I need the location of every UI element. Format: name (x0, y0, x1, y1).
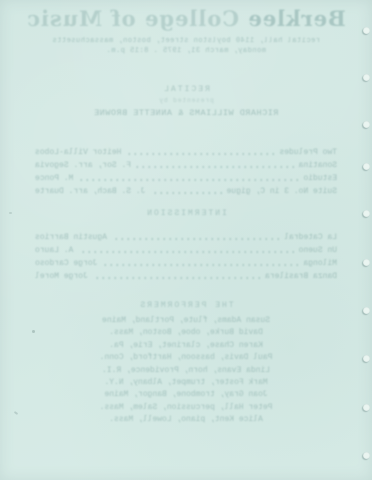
piece-title: La Catedral (284, 233, 337, 242)
punch-hole (363, 210, 370, 217)
dotted-leader (78, 251, 293, 253)
composer-name: F. Sor, arr. Segovia (35, 161, 131, 170)
performers-names-line: RICHARD WILLIAMS & ANNETTE BROWNE (0, 108, 372, 118)
piece-title: Sonatina (299, 161, 337, 170)
performer-list: Susan Adams, flute, Portland, Maine Davi… (0, 315, 372, 427)
composer-name: Agustin Barrios (35, 233, 107, 242)
paper-speck (32, 330, 35, 333)
performers-heading: THE PERFORMERS (0, 301, 372, 310)
punch-hole (363, 404, 370, 411)
date-line: monday, march 31, 1975 . 8:15 p.m. (0, 47, 372, 55)
performer-line: Linda Evans, horn, Providence, R.I. (0, 365, 372, 377)
dotted-leader (112, 238, 279, 240)
piece-title: Estudio (303, 174, 337, 183)
punch-hole (363, 163, 370, 170)
ink-bleed-through-layer: Berklee College of Music recital hall, 1… (0, 0, 372, 480)
dotted-leader (78, 179, 298, 181)
program-row: Sonatina F. Sor, arr. Segovia (35, 157, 337, 170)
punch-hole (363, 259, 370, 266)
venue-line: recital hall, 1140 boylston street, bost… (0, 37, 372, 45)
composer-name: Jorge Cardoso (35, 259, 97, 268)
recital-heading: RECITAL (0, 85, 372, 94)
dotted-leader (93, 277, 260, 279)
punch-hole (363, 355, 370, 362)
piece-title: Danza Brasilera (265, 272, 337, 281)
scanned-page: Berklee College of Music recital hall, 1… (0, 0, 372, 480)
program-row: Two Preludes Heitor Villa-Lobos (35, 144, 337, 157)
performer-line: Paul Davis, bassoon, Hartford, Conn. (0, 352, 372, 364)
performer-line: Mark Foster, trumpet, Albany, N.Y. (0, 377, 372, 389)
composer-name: Heitor Villa-Lobos (35, 148, 121, 157)
berklee-logo-mirrored: Berklee College of Music (0, 6, 372, 31)
punch-hole (363, 27, 370, 34)
piece-title: Suite No. 3 in C, gigue (227, 187, 337, 196)
punch-hole (363, 307, 370, 314)
program-list-first-half: Two Preludes Heitor Villa-Lobos Sonatina… (35, 144, 337, 196)
performer-line: David Burke, oboe, Boston, Mass. (0, 327, 372, 339)
composer-name: J. S. Bach, arr. Duarte (35, 187, 145, 196)
program-row: Un Sueno A. Lauro (35, 242, 337, 255)
program-row: Estudio M. Ponce (35, 170, 337, 183)
composer-name: A. Lauro (35, 246, 73, 255)
performer-line: Susan Adams, flute, Portland, Maine (0, 315, 372, 327)
composer-name: M. Ponce (35, 174, 73, 183)
punch-hole (363, 452, 370, 459)
performer-line: Joan Gray, trombone, Bangor, Maine (0, 389, 372, 401)
performer-line: Peter Hall, percussion, Salem, Mass. (0, 402, 372, 414)
program-row: Danza Brasilera Jorge Morel (35, 268, 337, 281)
intermission-heading: INTERMISSION (0, 209, 372, 218)
piece-title: Un Sueno (299, 246, 337, 255)
paper-speck (9, 212, 12, 214)
dotted-leader (150, 192, 221, 194)
dotted-leader (126, 153, 274, 155)
program-row: Suite No. 3 in C, gigue J. S. Bach, arr.… (35, 183, 337, 196)
dotted-leader (136, 166, 294, 168)
piece-title: Milonga (303, 259, 337, 268)
composer-name: Jorge Morel (35, 272, 88, 281)
byline: presented by (0, 97, 372, 104)
logo-tagline: College of Music (26, 6, 247, 31)
punch-hole (363, 121, 370, 128)
dotted-leader (102, 264, 298, 266)
punch-hole (363, 74, 370, 81)
performer-line: Alice Kent, piano, Lowell, Mass. (0, 414, 372, 426)
piece-title: Two Preludes (279, 148, 337, 157)
performer-line: Karen Chase, clarinet, Erie, Pa. (0, 340, 372, 352)
paper-speck (14, 411, 18, 415)
logo-wordmark: Berklee (247, 6, 345, 31)
program-row: Milonga Jorge Cardoso (35, 255, 337, 268)
program-row: La Catedral Agustin Barrios (35, 229, 337, 242)
program-list-second-half: La Catedral Agustin Barrios Un Sueno A. … (35, 229, 337, 281)
